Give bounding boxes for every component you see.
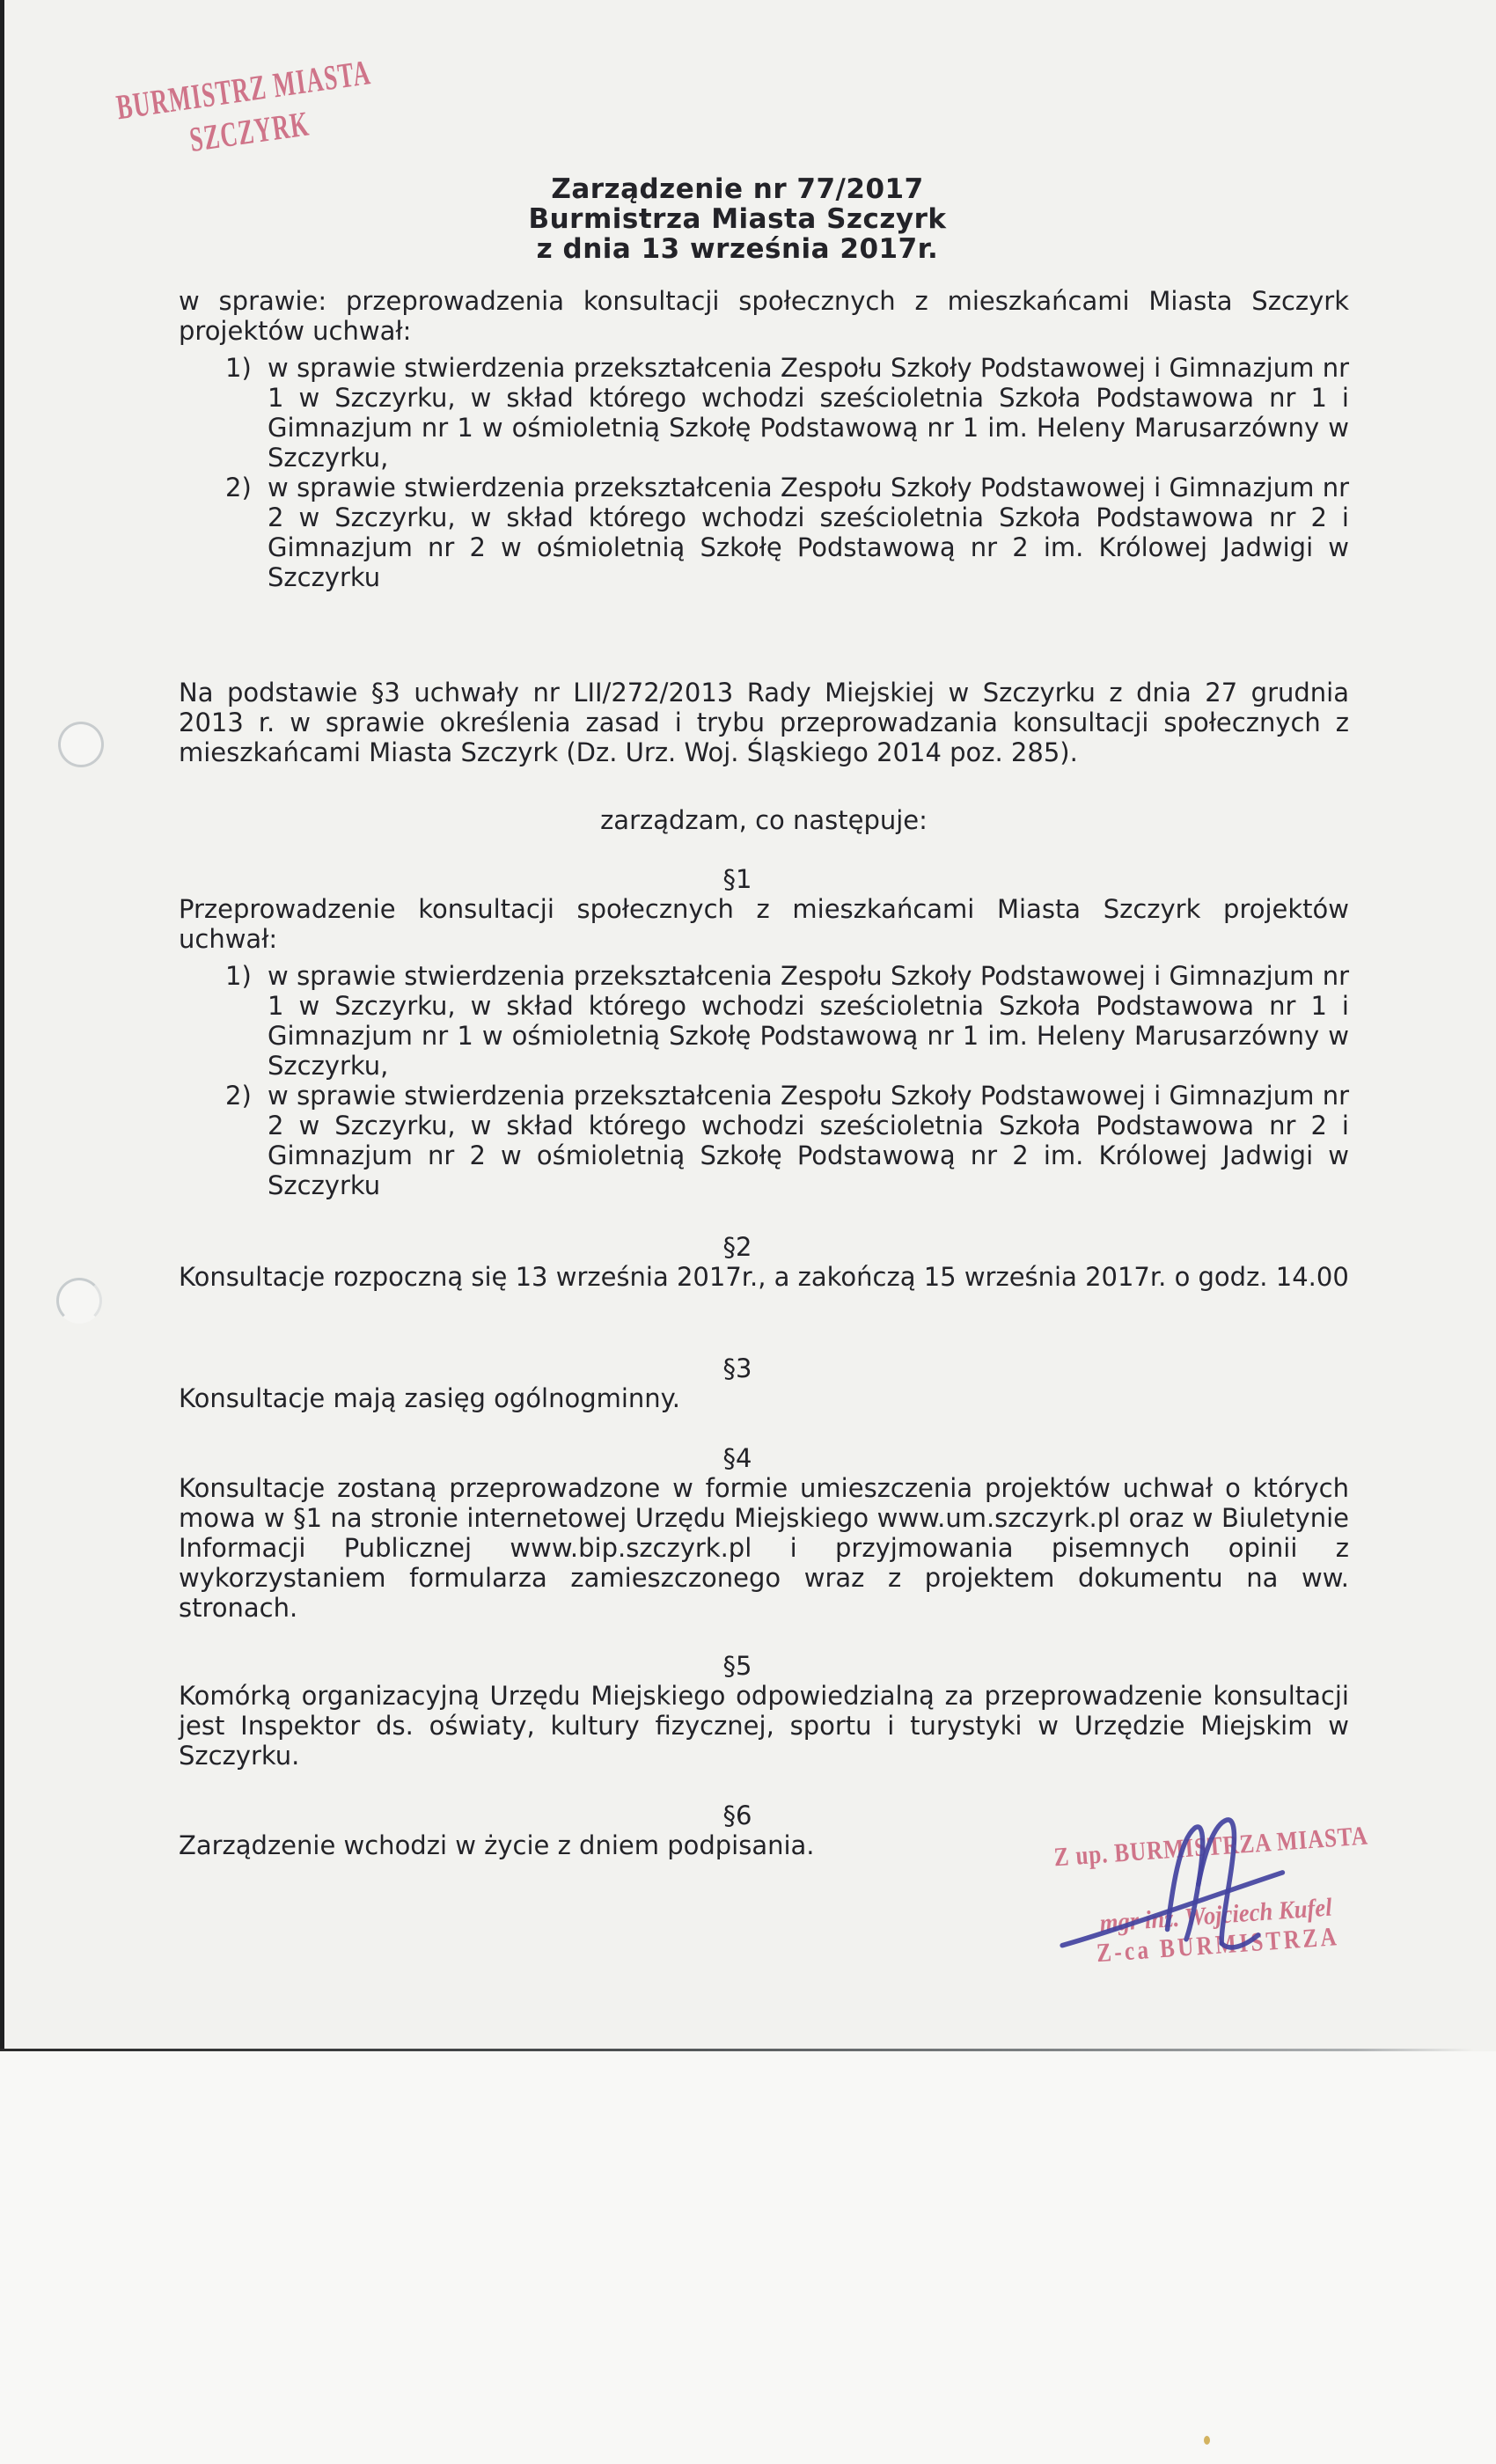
- scan-edge-artifact: [0, 0, 4, 2052]
- hole-punch-mark: [58, 722, 104, 767]
- section-heading-5: §5: [179, 1651, 1296, 1681]
- list-item-number: 2): [225, 473, 268, 502]
- list-item-text: w sprawie stwierdzenia przekształcenia Z…: [268, 961, 1349, 1081]
- section-body-5: Komórką organizacyjną Urzędu Miejskiego …: [179, 1681, 1349, 1771]
- order-clause: zarządzam, co następuje:: [179, 805, 1349, 835]
- title-line-date: z dnia 13 września 2017r.: [179, 234, 1296, 264]
- subject-lead: w sprawie: przeprowadzenia konsultacji s…: [179, 286, 1349, 346]
- list-item-number: 1): [225, 353, 268, 383]
- subject-block: w sprawie: przeprowadzenia konsultacji s…: [179, 286, 1349, 592]
- section-body-4: Konsultacje zostaną przeprowadzone w for…: [179, 1473, 1349, 1623]
- document-title: Zarządzenie nr 77/2017 Burmistrza Miasta…: [179, 174, 1296, 264]
- resolution-list: 1) w sprawie stwierdzenia przekształceni…: [179, 961, 1349, 1200]
- list-item-text: w sprawie stwierdzenia przekształcenia Z…: [268, 1081, 1349, 1200]
- section-body-3: Konsultacje mają zasięg ogólnogminny.: [179, 1383, 1349, 1413]
- mayor-office-stamp: BURMISTRZ MIASTA SZCZYRK: [106, 50, 388, 172]
- list-item: 1) w sprawie stwierdzenia przekształceni…: [179, 353, 1349, 473]
- list-item: 2) w sprawie stwierdzenia przekształceni…: [179, 473, 1349, 592]
- section-heading-3: §3: [179, 1353, 1296, 1383]
- blank-lower-page: [0, 2051, 1496, 2464]
- section-body-1: Przeprowadzenie konsultacji społecznych …: [179, 894, 1349, 1200]
- scanned-page: BURMISTRZ MIASTA SZCZYRK Zarządzenie nr …: [0, 0, 1496, 2464]
- list-item-text: w sprawie stwierdzenia przekształcenia Z…: [268, 353, 1349, 473]
- paper-speck-artifact: [1204, 2436, 1210, 2445]
- section-heading-1: §1: [179, 864, 1296, 894]
- title-line-number: Zarządzenie nr 77/2017: [179, 174, 1296, 204]
- legal-basis-paragraph: Na podstawie §3 uchwały nr LII/272/2013 …: [179, 678, 1349, 767]
- title-line-issuer: Burmistrza Miasta Szczyrk: [179, 204, 1296, 234]
- list-item: 2) w sprawie stwierdzenia przekształceni…: [179, 1081, 1349, 1200]
- handwritten-signature: [1045, 1810, 1314, 1969]
- resolution-list: 1) w sprawie stwierdzenia przekształceni…: [179, 353, 1349, 592]
- list-item-number: 1): [225, 961, 268, 991]
- hole-punch-mark: [56, 1278, 102, 1324]
- list-item-text: w sprawie stwierdzenia przekształcenia Z…: [268, 473, 1349, 592]
- list-item-number: 2): [225, 1081, 268, 1111]
- section-heading-4: §4: [179, 1443, 1296, 1473]
- list-item: 1) w sprawie stwierdzenia przekształceni…: [179, 961, 1349, 1081]
- section-1-lead: Przeprowadzenie konsultacji społecznych …: [179, 894, 1349, 954]
- section-heading-2: §2: [179, 1232, 1296, 1262]
- section-body-2: Konsultacje rozpoczną się 13 września 20…: [179, 1262, 1349, 1292]
